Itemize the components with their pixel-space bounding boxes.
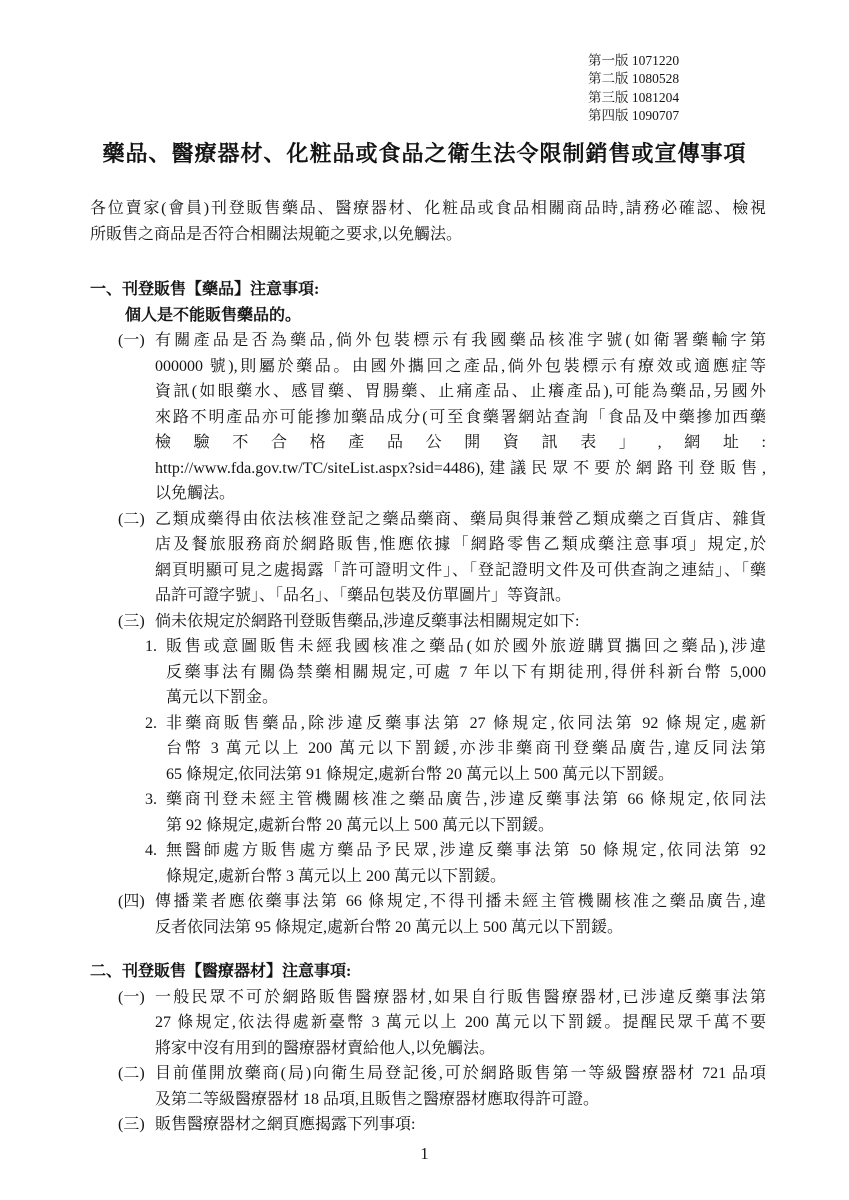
item-label: (四) [118, 889, 155, 940]
item-label: (二) [118, 1061, 155, 1112]
item-label: (一) [118, 328, 155, 507]
item-body: 販售醫療器材之網頁應揭露下列事項: [155, 1112, 766, 1138]
item-body: 無醫師處方販售處方藥品予民眾,涉違反藥事法第 50 條規定,依同法第 92 條規… [166, 838, 766, 889]
section-subheading: 個人是不能販售藥品的。 [125, 303, 766, 329]
list-item: (二) 乙類成藥得由依法核准登記之藥品藥商、藥局與得兼營乙類成藥之百貨店、雜貨 … [118, 507, 766, 609]
intro-line: 各位賣家(會員)刊登販售藥品、醫療器材、化粧品或食品相關商品時,請務必確認、檢視 [90, 196, 766, 222]
numbered-item: 3. 藥商刊登未經主管機關核准之藥品廣告,涉違反藥事法第 66 條規定,依同法 … [145, 787, 766, 838]
text-line: 藥商刊登未經主管機關核准之藥品廣告,涉違反藥事法第 66 條規定,依同法 [166, 787, 766, 813]
text-line: 及第二等級醫療器材 18 品項,且販售之醫療器材應取得許可證。 [155, 1087, 766, 1113]
item-body: 有關產品是否為藥品,倘外包裝標示有我國藥品核准字號(如衛署藥輸字第 000000… [155, 328, 766, 507]
text-line: 65 條規定,依同法第 91 條規定,處新台幣 20 萬元以上 500 萬元以下… [166, 762, 766, 788]
numbered-item: 2. 非藥商販售藥品,除涉違反藥事法第 27 條規定,依同法第 92 條規定,處… [145, 711, 766, 788]
text-line: 非藥商販售藥品,除涉違反藥事法第 27 條規定,依同法第 92 條規定,處新 [166, 711, 766, 737]
text-line: 傳播業者應依藥事法第 66 條規定,不得刊播未經主管機關核准之藥品廣告,違 [155, 889, 766, 915]
text-line: 販售或意圖販售未經我國核准之藥品(如於國外旅遊購買攜回之藥品),涉違 [166, 634, 766, 660]
fda-url-line: http://www.fda.gov.tw/TC/siteList.aspx?s… [155, 456, 766, 482]
item-label: 4. [145, 838, 166, 889]
item-label: (二) [118, 507, 155, 609]
text-line: 店及餐旅服務商於網路販售,惟應依據「網路零售乙類成藥注意事項」規定,於 [155, 532, 766, 558]
text-line: 以免觸法。 [155, 481, 766, 507]
text-line: 倘未依規定於網路刊登販售藥品,涉違反藥事法相關規定如下: [155, 609, 766, 635]
text-line: 乙類成藥得由依法核准登記之藥品藥商、藥局與得兼營乙類成藥之百貨店、雜貨 [155, 507, 766, 533]
item-body: 非藥商販售藥品,除涉違反藥事法第 27 條規定,依同法第 92 條規定,處新 台… [166, 711, 766, 788]
item-label: 1. [145, 634, 166, 711]
document-page: 第一版 1071220 第二版 1080528 第三版 1081204 第四版 … [0, 0, 849, 1200]
item-body: 乙類成藥得由依法核准登記之藥品藥商、藥局與得兼營乙類成藥之百貨店、雜貨 店及餐旅… [155, 507, 766, 609]
section-drugs: 一、刊登販售【藥品】注意事項: 個人是不能販售藥品的。 (一) 有關產品是否為藥… [90, 277, 766, 940]
text-line: 品許可證字號」、「品名」、「藥品包裝及仿單圖片」等資訊。 [155, 583, 766, 609]
item-label: (一) [118, 985, 155, 1062]
text-line: 反者依同法第 95 條規定,處新台幣 20 萬元以上 500 萬元以下罰鍰。 [155, 915, 766, 941]
text-line: 販售醫療器材之網頁應揭露下列事項: [155, 1112, 766, 1138]
text-line: 無醫師處方販售處方藥品予民眾,涉違反藥事法第 50 條規定,依同法第 92 [166, 838, 766, 864]
item-label: 2. [145, 711, 166, 788]
text-line: 網頁明顯可見之處揭露「許可證明文件」、「登記證明文件及可供查詢之連結」、「藥 [155, 558, 766, 584]
text-line: 萬元以下罰金。 [166, 685, 766, 711]
page-number: 1 [0, 1144, 849, 1164]
list-item: (二) 目前僅開放藥商(局)向衛生局登記後,可於網路販售第一等級醫療器材 721… [118, 1061, 766, 1112]
item-body: 傳播業者應依藥事法第 66 條規定,不得刊播未經主管機關核准之藥品廣告,違 反者… [155, 889, 766, 940]
item-body: 倘未依規定於網路刊登販售藥品,涉違反藥事法相關規定如下: [155, 609, 766, 635]
revision-history: 第一版 1071220 第二版 1080528 第三版 1081204 第四版 … [588, 52, 679, 126]
text-line: 有關產品是否為藥品,倘外包裝標示有我國藥品核准字號(如衛署藥輸字第 [155, 328, 766, 354]
item-label: (三) [118, 609, 155, 635]
document-body: 各位賣家(會員)刊登販售藥品、醫療器材、化粧品或食品相關商品時,請務必確認、檢視… [90, 196, 766, 1138]
list-item: (一) 一般民眾不可於網路販售醫療器材,如果自行販售醫療器材,已涉違反藥事法第 … [118, 985, 766, 1062]
item-body: 一般民眾不可於網路販售醫療器材,如果自行販售醫療器材,已涉違反藥事法第 27 條… [155, 985, 766, 1062]
text-line: 台幣 3 萬元以上 200 萬元以下罰鍰,亦涉非藥商刊登藥品廣告,違反同法第 [166, 736, 766, 762]
revision-entry: 第四版 1090707 [588, 107, 679, 125]
intro-paragraph: 各位賣家(會員)刊登販售藥品、醫療器材、化粧品或食品相關商品時,請務必確認、檢視… [90, 196, 766, 247]
item-body: 目前僅開放藥商(局)向衛生局登記後,可於網路販售第一等級醫療器材 721 品項 … [155, 1061, 766, 1112]
document-title: 藥品、醫療器材、化粧品或食品之衛生法令限制銷售或宣傳事項 [0, 137, 849, 168]
section-heading: 二、刊登販售【醫療器材】注意事項: [90, 959, 766, 985]
text-line: 反藥事法有關偽禁藥相關規定,可處 7 年以下有期徒刑,得併科新台幣 5,000 [166, 660, 766, 686]
item-label: (三) [118, 1112, 155, 1138]
revision-entry: 第三版 1081204 [588, 89, 679, 107]
item-label: 3. [145, 787, 166, 838]
list-item: (三) 倘未依規定於網路刊登販售藥品,涉違反藥事法相關規定如下: [118, 609, 766, 635]
revision-entry: 第一版 1071220 [588, 52, 679, 70]
text-line: 來路不明產品亦可能摻加藥品成分(可至食藥署網站查詢「食品及中藥摻加西藥 [155, 405, 766, 431]
text-line: 一般民眾不可於網路販售醫療器材,如果自行販售醫療器材,已涉違反藥事法第 [155, 985, 766, 1011]
section-medical-devices: 二、刊登販售【醫療器材】注意事項: (一) 一般民眾不可於網路販售醫療器材,如果… [90, 959, 766, 1138]
text-line: 000000 號),則屬於藥品。由國外攜回之產品,倘外包裝標示有療效或適應症等 [155, 354, 766, 380]
section-heading: 一、刊登販售【藥品】注意事項: [90, 277, 766, 303]
text-line: 將家中沒有用到的醫療器材賣給他人,以免觸法。 [155, 1036, 766, 1062]
text-line: 目前僅開放藥商(局)向衛生局登記後,可於網路販售第一等級醫療器材 721 品項 [155, 1061, 766, 1087]
list-item: (四) 傳播業者應依藥事法第 66 條規定,不得刊播未經主管機關核准之藥品廣告,… [118, 889, 766, 940]
text-line: 27 條規定,依法得處新臺幣 3 萬元以上 200 萬元以下罰鍰。提醒民眾千萬不… [155, 1010, 766, 1036]
text-line: 第 92 條規定,處新台幣 20 萬元以上 500 萬元以下罰鍰。 [166, 813, 766, 839]
text-line: 檢驗不合格產品公開資訊表」,網址: [155, 430, 766, 456]
list-item: (一) 有關產品是否為藥品,倘外包裝標示有我國藥品核准字號(如衛署藥輸字第 00… [118, 328, 766, 507]
intro-line: 所販售之商品是否符合相關法規範之要求,以免觸法。 [90, 222, 766, 248]
text-line: 資訊(如眼藥水、感冒藥、胃腸藥、止痛產品、止癢產品),可能為藥品,另國外 [155, 379, 766, 405]
text-line: 條規定,處新台幣 3 萬元以上 200 萬元以下罰鍰。 [166, 864, 766, 890]
numbered-item: 1. 販售或意圖販售未經我國核准之藥品(如於國外旅遊購買攜回之藥品),涉違 反藥… [145, 634, 766, 711]
item-body: 藥商刊登未經主管機關核准之藥品廣告,涉違反藥事法第 66 條規定,依同法 第 9… [166, 787, 766, 838]
revision-entry: 第二版 1080528 [588, 70, 679, 88]
list-item: (三) 販售醫療器材之網頁應揭露下列事項: [118, 1112, 766, 1138]
numbered-item: 4. 無醫師處方販售處方藥品予民眾,涉違反藥事法第 50 條規定,依同法第 92… [145, 838, 766, 889]
item-body: 販售或意圖販售未經我國核准之藥品(如於國外旅遊購買攜回之藥品),涉違 反藥事法有… [166, 634, 766, 711]
